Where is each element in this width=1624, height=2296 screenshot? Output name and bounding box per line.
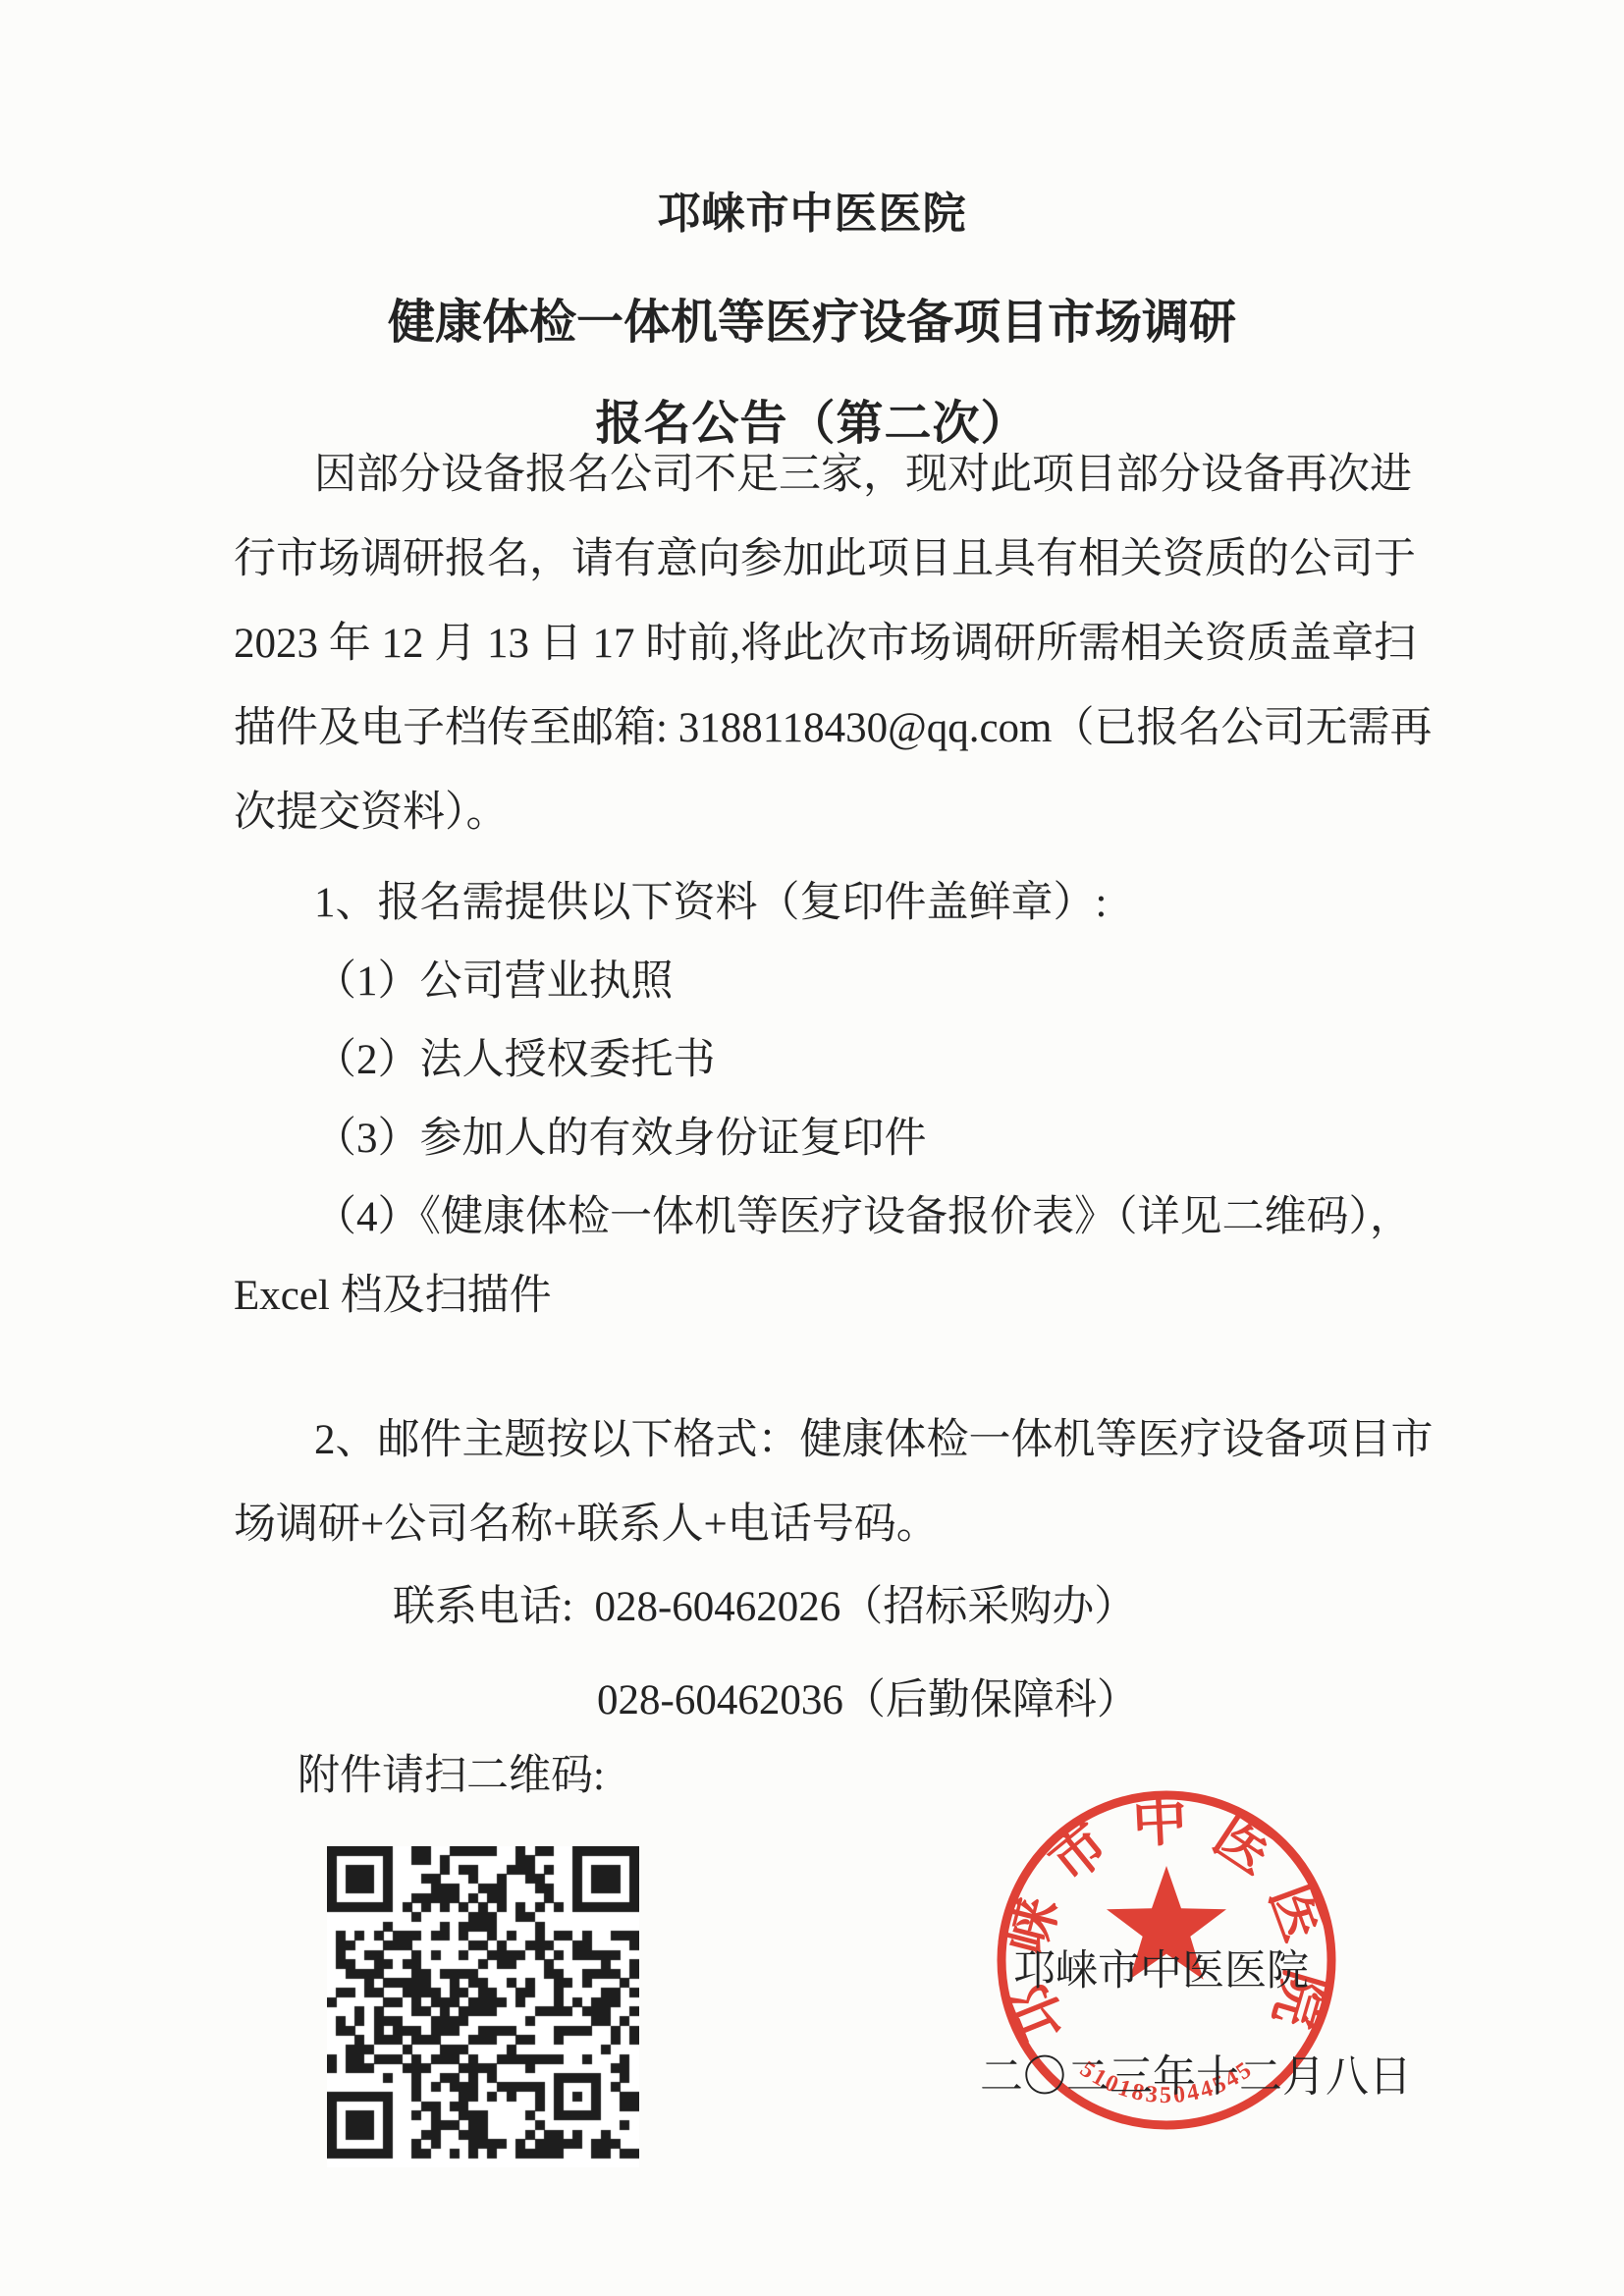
- contact-phone-1: 联系电话: 028-60462026（招标采购办）: [393, 1583, 1136, 1631]
- text-line: 场调研+公司名称+联系人+电话号码。: [234, 1483, 1451, 1567]
- list-required-materials: 1、报名需提供以下资料（复印件盖鲜章）:（1）公司营业执照（2）法人授权委托书（…: [234, 864, 1451, 1336]
- doc-title-project: 健康体检一体机等医疗设备项目市场调研: [0, 284, 1624, 352]
- text-line: 行市场调研报名，请有意向参加此项目且具有相关资质的公司于: [234, 518, 1451, 602]
- text-line: 描件及电子档传至邮箱: 3188118430@qq.com（已报名公司无需再: [234, 686, 1451, 771]
- attachment-note: 附件请扫二维码:: [298, 1752, 605, 1800]
- text-line: 次提交资料）。: [234, 771, 1451, 855]
- text-line: 2023 年 12 月 13 日 17 时前,将此次市场调研所需相关资质盖章扫: [234, 602, 1451, 686]
- signature-date: 二〇二三年十二月八日: [980, 2041, 1412, 2104]
- document-page: 邛崃市中医医院 健康体检一体机等医疗设备项目市场调研 报名公告（第二次） 因部分…: [0, 0, 1624, 2296]
- list-item: （1）公司营业执照: [234, 943, 1451, 1021]
- paragraph-email-format: 2、邮件主题按以下格式：健康体检一体机等医疗设备项目市场调研+公司名称+联系人+…: [234, 1398, 1451, 1567]
- list-item: Excel 档及扫描件: [234, 1257, 1451, 1336]
- contact-phone-2: 028-60462036（后勤保障科）: [597, 1676, 1139, 1724]
- signature-org: 邛崃市中医医院: [1013, 1938, 1309, 1997]
- text-line: 2、邮件主题按以下格式：健康体检一体机等医疗设备项目市: [234, 1398, 1451, 1483]
- list-item: （3）参加人的有效身份证复印件: [234, 1100, 1451, 1178]
- text-line: 因部分设备报名公司不足三家，现对此项目部分设备再次进: [234, 433, 1451, 518]
- list-item: 1、报名需提供以下资料（复印件盖鲜章）:: [234, 864, 1451, 943]
- list-item: （4）《健康体检一体机等医疗设备报价表》（详见二维码），: [234, 1178, 1451, 1257]
- doc-title-org: 邛崃市中医医院: [0, 178, 1624, 241]
- list-item: （2）法人授权委托书: [234, 1021, 1451, 1100]
- qr-code: [327, 1846, 639, 2167]
- paragraph-intro: 因部分设备报名公司不足三家，现对此项目部分设备再次进行市场调研报名，请有意向参加…: [234, 433, 1451, 855]
